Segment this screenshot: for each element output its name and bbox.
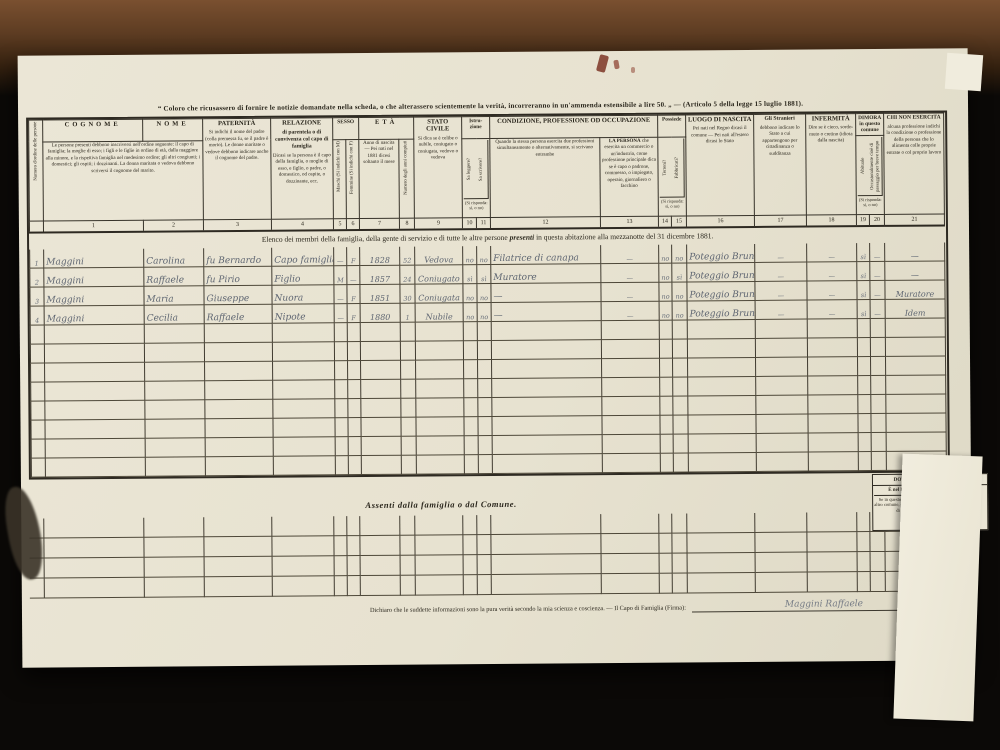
header-luogo-nascita: LUOGO DI NASCITA Pei nati nel Regno dica… [686,114,755,215]
header-chi-non-esercita: CHI NON ESERCITA alcuna professione indi… [884,113,945,214]
header-paternita: PATERNITÀ Si indichi il nome del padre (… [203,118,272,219]
header-nome: NOME [143,119,203,141]
header-istruzione: Istru- zione [462,117,490,139]
header-anni-compiuti: Numero degli anni compiuti [399,139,415,218]
header-sesso-maschi: Maschi (Si indichi con M) [333,139,347,218]
header-sesso-femmine: Femmine (Si indichi con F) [346,139,360,218]
header-numero: Numero d'ordine delle persone [29,120,44,221]
header-relazione: RELAZIONE di parentela o di convivenza c… [271,118,334,219]
header-terreni-fabbricati: Terreni?Fabbricati? (Si risponda: sì, o … [658,137,687,216]
table-header: Numero d'ordine delle persone COGNOME NO… [28,112,945,233]
header-abituale-occasionale: AbitualeOccasionalmente cioè di passaggi… [856,135,885,214]
header-sa-leggere-scrivere: Sa leggere?Sa scrivere? (Si risponda: sì… [462,138,491,217]
declaration-text: Dichiaro che le suddette informazioni so… [370,605,686,615]
census-table: Numero d'ordine delle persone COGNOME NO… [26,110,950,479]
header-condizione-desc: Quando la stessa persona esercita due pr… [490,137,601,217]
underlying-page-corner [893,454,982,722]
header-anno-nascita: Anno di nascita — Pei nati nel 1881 dice… [359,139,400,218]
census-form-page: “ Coloro che ricusassero di fornire le n… [18,48,973,667]
header-condizione: CONDIZIONE, PROFESSIONE OD OCCUPAZIONE [490,115,658,138]
header-dimora: DIMORA in questo comune [856,113,884,135]
declaration-line: Dichiaro che le suddette informazioni so… [370,598,956,614]
header-sesso: SESSO [333,118,359,140]
assenti-section-title: Assenti dalla famiglia o dal Comune. [141,497,741,512]
header-stranieri: Gli Stranieri debbono indicare lo Stato … [754,114,807,215]
header-infermita: INFERMITÀ Dire se è cieco, sordo-muto o … [806,114,857,215]
table-body: 1MagginiCarolinafu BernardoCapo famiglia… [29,242,947,477]
torn-paper-corner [945,53,983,91]
photo-backdrop: “ Coloro che ricusassero di fornire le n… [0,0,1000,750]
header-eta: ETÀ [359,117,414,139]
header-possiede: Possiede [658,115,686,137]
red-stain [631,67,635,73]
header-cognome: COGNOME [43,119,143,141]
header-la-persona: LA PERSONA che esercita un commercio o u… [600,137,659,216]
header-stato-civile: STATO CIVILE Si dica se è celibe o nubil… [414,117,463,218]
assenti-table [29,511,947,598]
header-cognome-desc: Le persone presenti debbono inscriversi … [43,140,204,220]
